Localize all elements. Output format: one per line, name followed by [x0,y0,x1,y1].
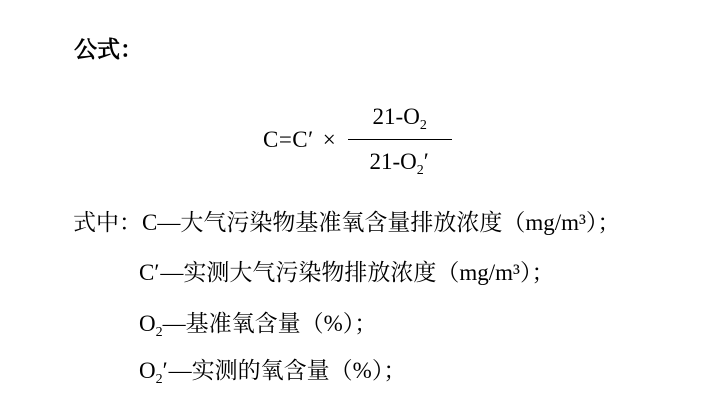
variable-description: —实测大气污染物排放浓度（mg/m³）； [160,260,554,285]
variable-symbol: O [139,311,156,336]
definition-line-o2: O2—基准氧含量（%）； [139,311,377,337]
fraction-numerator: 21-O2 [369,104,431,139]
formula-equation: C=C′ × 21-O2 21-O2′ [263,104,452,175]
variable-symbol: C [142,210,157,235]
variable-description: —实测的氧含量（%）； [169,358,407,383]
variable-symbol: C [139,260,154,285]
variable-subscript: 2 [156,372,163,387]
variable-description: —基准氧含量（%）； [163,311,378,336]
variable-symbol: O [139,358,156,383]
fraction-denominator: 21-O2′ [366,140,434,175]
numerator-subscript: 2 [420,118,427,133]
variable-subscript: 2 [156,325,163,340]
where-prefix: 式中： [73,210,142,235]
denominator-subscript: 2 [417,163,424,178]
definition-line-c: 式中：C—大气污染物基准氧含量排放浓度（mg/m³）； [73,210,620,236]
definition-line-c-prime: C′—实测大气污染物排放浓度（mg/m³）； [139,260,554,286]
numerator-main: 21-O [373,104,420,129]
definition-line-o2-prime: O2′—实测的氧含量（%）； [139,358,406,384]
formula-fraction: 21-O2 21-O2′ [348,104,452,175]
multiplication-sign: × [323,127,336,153]
formula-heading: 公式： [74,36,143,64]
formula-lhs: C=C′ [263,127,314,153]
document-page: 公式： C=C′ × 21-O2 21-O2′ 式中：C—大气污染物基准氧含量排… [0,0,702,393]
variable-description: —大气污染物基准氧含量排放浓度（mg/m³）； [157,210,620,235]
denominator-prime: ′ [424,149,430,174]
denominator-main: 21-O [370,149,417,174]
